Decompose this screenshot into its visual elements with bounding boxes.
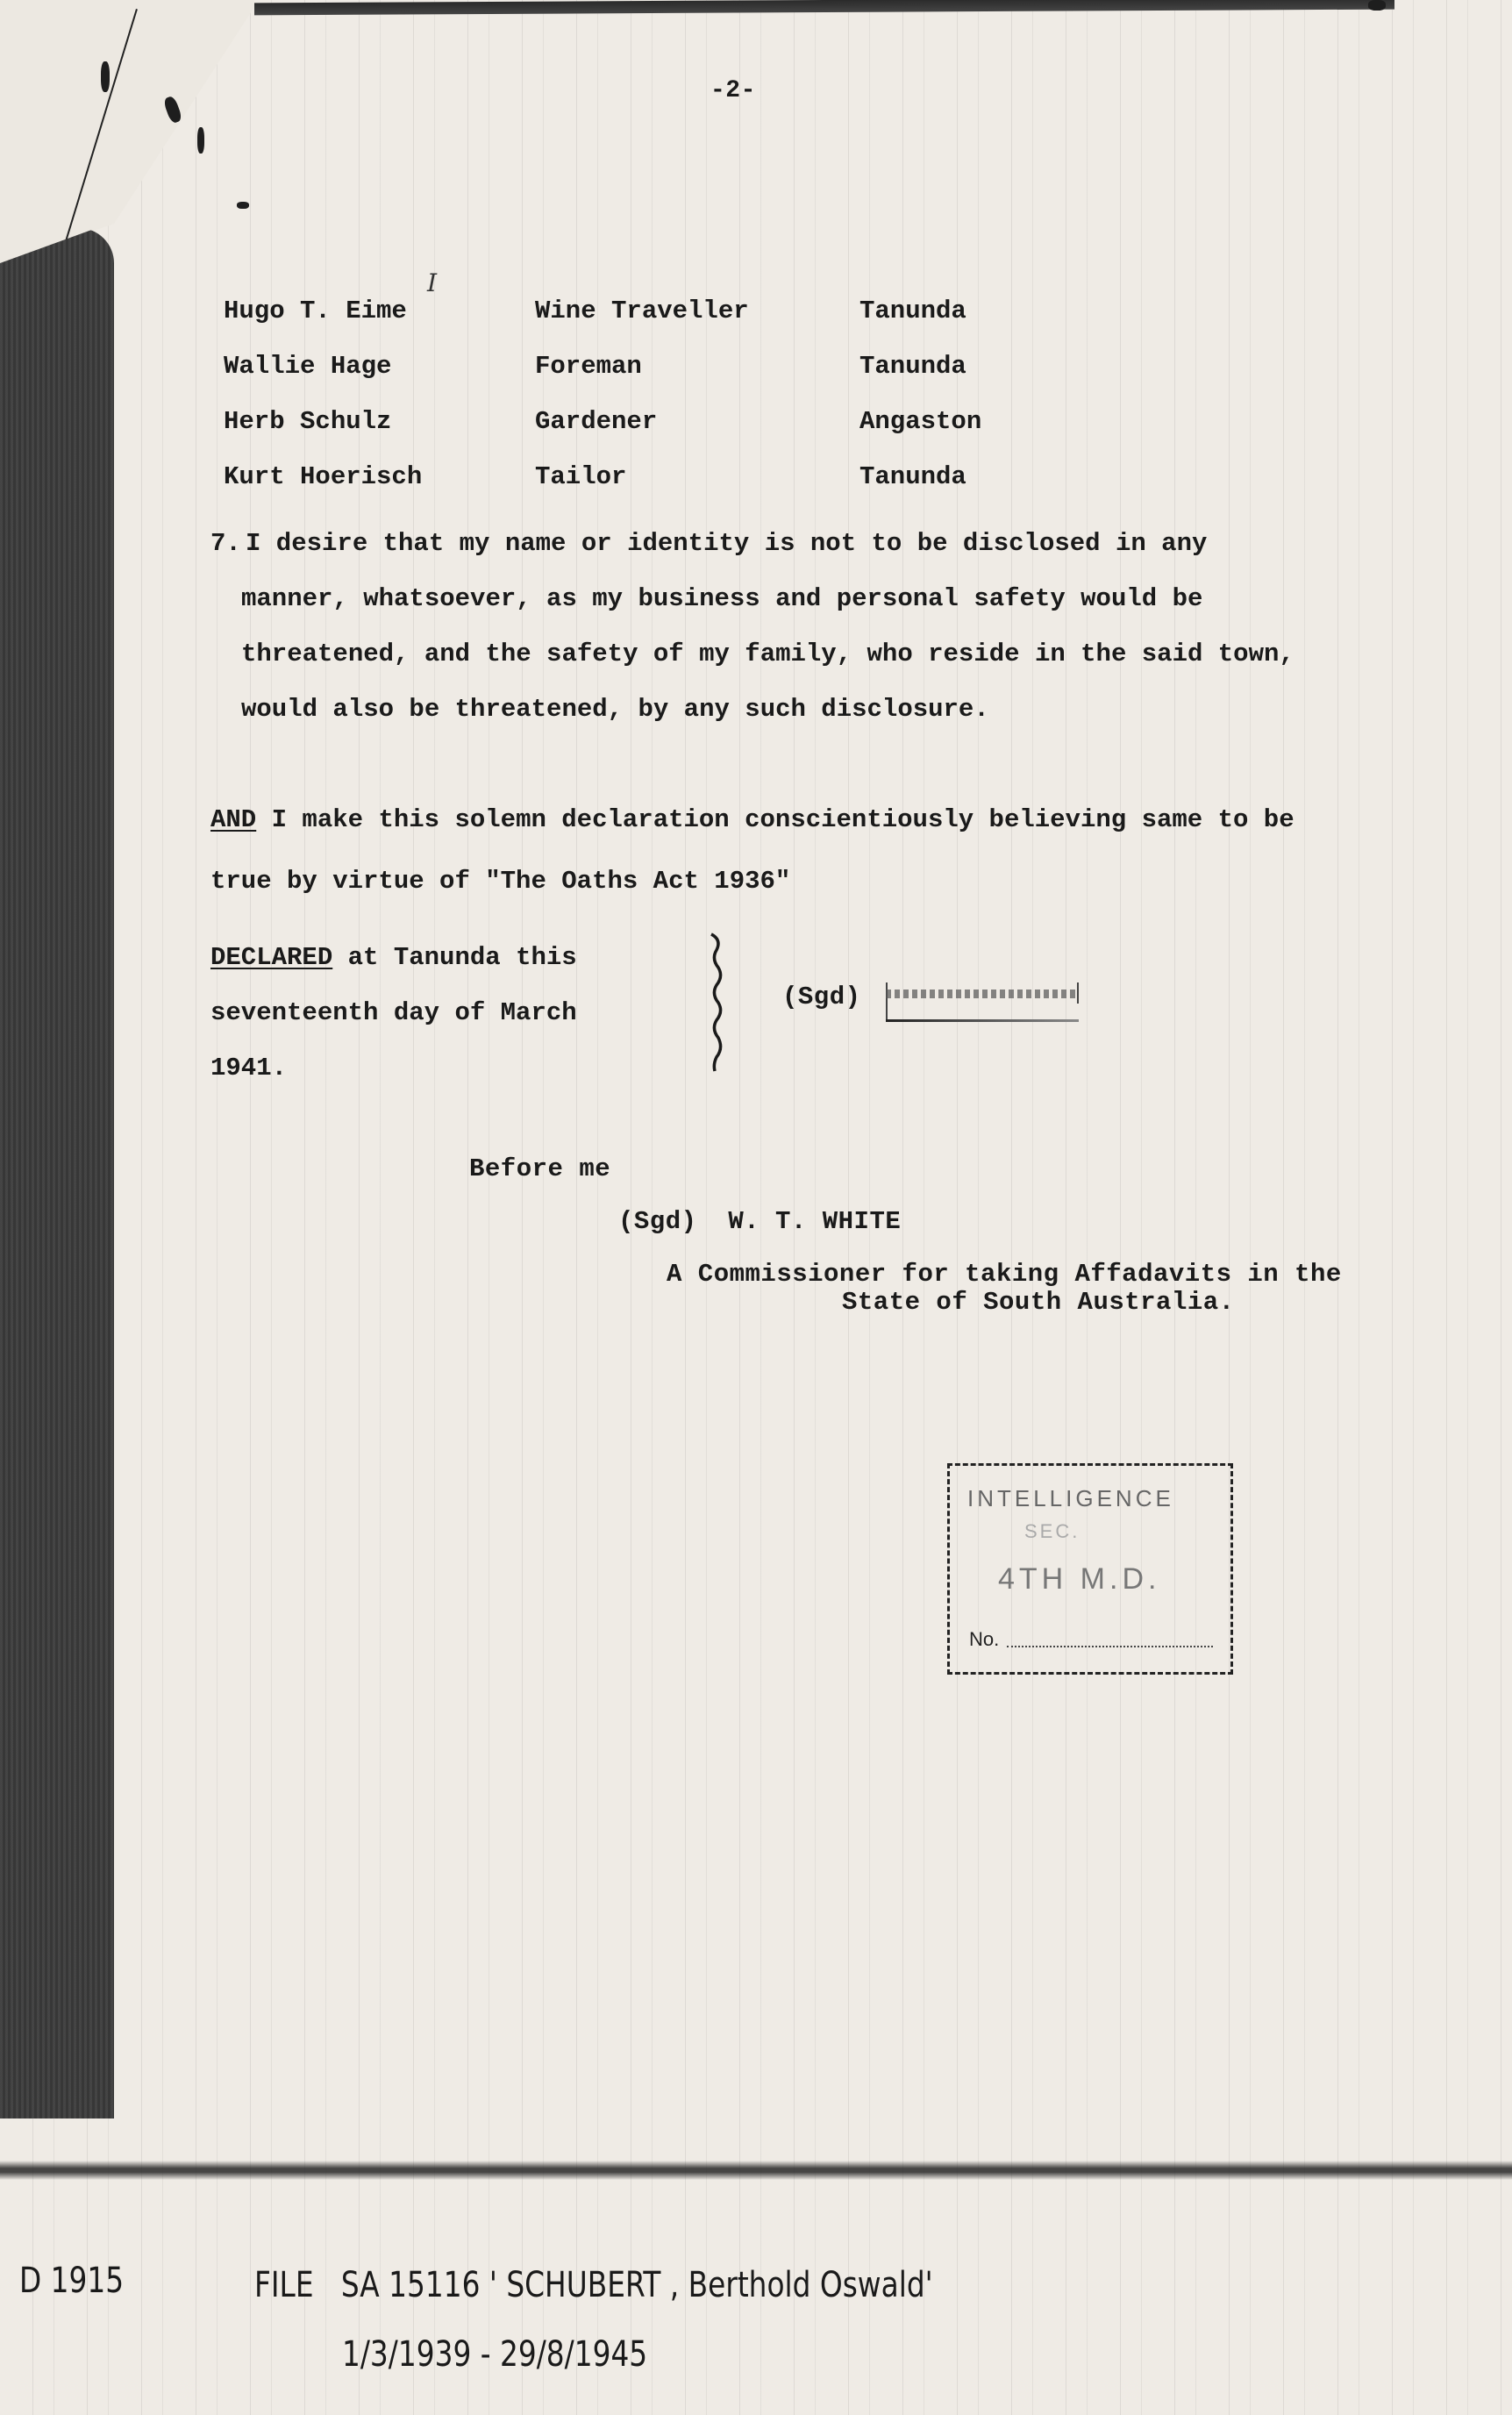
witness-name: Herb Schulz [224,407,391,436]
handwritten-reference: D 1915 [19,2261,124,2301]
intelligence-stamp: INTELLIGENCE SEC. 4TH M.D. No. [947,1463,1233,1675]
ink-speck [1368,0,1386,11]
page-number: -2- [710,77,756,104]
witness-occupation: Wine Traveller [535,297,749,325]
paragraph-number: 7. [210,516,241,571]
pencil-mark: I [427,268,437,297]
declaration-line-2: true by virtue of "The Oaths Act 1936" [210,851,1294,912]
handwritten-file-line: FILE SA 15116 ' SCHUBERT , Berthold Oswa… [254,2265,933,2305]
witness-town: Angaston [859,407,981,436]
declared-line-3: 1941. [210,1040,577,1096]
witness-name: Wallie Hage [224,352,391,381]
paragraph-line: I desire that my name or identity is not… [246,516,1386,571]
commissioner-title-line-1: A Commissioner for taking Affadavits in … [667,1260,1342,1289]
witness-town: Tanunda [859,352,966,381]
witness-occupation: Tailor [535,462,626,491]
witness-occupation: Gardener [535,407,657,436]
declared-line-1: DECLARED at Tanunda this [210,930,577,985]
declared-underlined: DECLARED [210,943,332,972]
scan-dark-margin [0,228,114,2118]
witness-town: Tanunda [859,297,966,325]
scan-page-bottom-edge [0,2161,1512,2180]
ink-speck [197,127,204,154]
declared-text: at Tanunda this [332,943,576,972]
solemn-declaration: AND I make this solemn declaration consc… [210,790,1294,912]
witness-occupation: Foreman [535,352,642,381]
paragraph-line: would also be threatened, by any such di… [241,682,1386,737]
redacted-signature [886,982,1079,1026]
stamp-line-2: SEC. [1024,1520,1080,1543]
declared-line-2: seventeenth day of March [210,985,577,1040]
stamp-number-label: No. [969,1628,999,1651]
curly-brace-icon [706,932,732,1073]
paragraph-line: manner, whatsoever, as my business and p… [241,571,1386,626]
paragraph-line: threatened, and the safety of my family,… [241,626,1386,682]
scan-top-edge [254,0,1394,15]
handwritten-date-range: 1/3/1939 - 29/8/1945 [342,2334,647,2375]
declaration-text: I make this solemn declaration conscient… [256,805,1294,834]
before-me: Before me [469,1154,610,1183]
commissioner-title-line-2: State of South Australia. [842,1288,1235,1317]
witness-name: Hugo T. Eime [224,297,407,325]
declared-block: DECLARED at Tanunda this seventeenth day… [210,930,577,1096]
ink-speck [237,202,249,209]
stamp-line-3: 4TH M.D. [998,1562,1160,1597]
ink-speck [101,61,110,92]
signature-label: (Sgd) [782,982,861,1011]
and-underlined: AND [210,805,256,834]
commissioner-signature: (Sgd) W. T. WHITE [618,1207,901,1236]
stamp-line-1: INTELLIGENCE [967,1485,1174,1512]
folded-page-corner [0,0,263,281]
witness-town: Tanunda [859,462,966,491]
declaration-line-1: AND I make this solemn declaration consc… [210,790,1294,851]
witness-name: Kurt Hoerisch [224,462,422,491]
stamp-number-dotted-line [1007,1646,1213,1647]
